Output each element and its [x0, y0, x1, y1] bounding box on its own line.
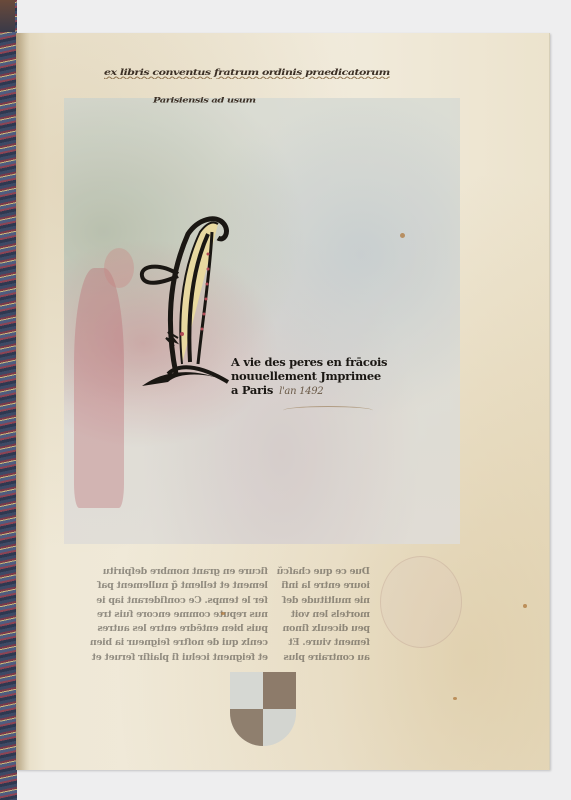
handwritten-date: l'an 1492: [279, 386, 323, 397]
ghost-figure-head: [104, 248, 134, 288]
circular-show-through-mark: [380, 556, 462, 648]
title-line-2: nouuellement Jmprimee: [231, 369, 387, 383]
bleed-line: ſicure en grant nombre deſpiritu: [68, 565, 268, 579]
shield-quarter: [263, 709, 296, 746]
title-line-3-text: a Paris: [231, 383, 273, 397]
bleed-line: puis bien entēdre entre les autres: [68, 622, 268, 636]
foxing-spot: [453, 697, 457, 700]
gutter-shadow: [16, 33, 30, 770]
woodcut-show-through: [64, 98, 460, 544]
bleed-line: et feignent icelui ſi plaiſir ſeruet et: [68, 651, 268, 665]
binding-top-edge: [0, 0, 15, 32]
bleed-line: mortels len voit: [270, 608, 370, 622]
ghost-figure-red-robe: [74, 268, 124, 508]
shield-quarter: [263, 672, 296, 709]
shield-quarter: [230, 672, 263, 709]
bleed-line: ioure entre la infi: [270, 579, 370, 593]
shield-quarter: [230, 709, 263, 746]
foxing-spot: [523, 604, 527, 608]
bleed-line: nus repute comme encore ſuis tre: [68, 608, 268, 622]
handwritten-flourish-line: [283, 406, 373, 415]
bleed-line: lement et tellemt q̃ nullement paſ: [68, 579, 268, 593]
bleed-line: ſer le temps. Ce conſiderant iap ie: [68, 594, 268, 608]
bleed-through-right-column: Due ce que chaſcũ ioure entre la infi ni…: [270, 565, 370, 665]
bleed-through-left-column: ſicure en grant nombre deſpiritu lement …: [68, 565, 268, 665]
decorated-initial-l-icon: [138, 214, 230, 390]
coat-of-arms-shield-icon: [230, 672, 296, 746]
title-line-1: A vie des peres en frācois: [231, 355, 387, 369]
bleed-line: nie multitude deſ: [270, 594, 370, 608]
foxing-spot: [221, 612, 225, 615]
ownership-inscription-line-1: ex libris conventus fratrum ordinis prae…: [104, 68, 390, 78]
title-block: A vie des peres en frācois nouuellement …: [231, 355, 387, 399]
bleed-line: Due ce que chaſcũ: [270, 565, 370, 579]
marbled-binding-edge: [0, 0, 17, 800]
foxing-spot: [400, 233, 405, 238]
bleed-line: cenlx qui de noſtre ſeigneur ia bien: [68, 636, 268, 650]
bleed-line: au contraire plus: [270, 651, 370, 665]
title-line-3: a Parisl'an 1492: [231, 383, 387, 399]
bleed-line: peu diceulx ſinon: [270, 622, 370, 636]
bleed-line: ſement viure. Et: [270, 636, 370, 650]
ownership-inscription-line-2: Parisiensis ad usum: [153, 96, 256, 104]
